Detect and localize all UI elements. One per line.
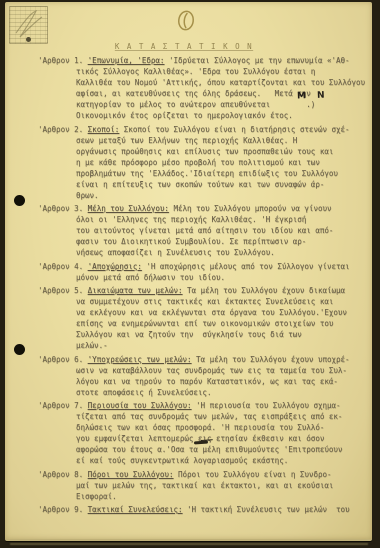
hole-punch-top (14, 195, 25, 206)
rubber-stamp (9, 6, 48, 44)
article-label: 'Αρθρον 2. (38, 125, 88, 134)
page-number-mark (175, 8, 198, 33)
ink-annotation: Μ Ν (297, 90, 329, 101)
article-heading: Σκοποί: (88, 125, 120, 134)
article: 'Αρθρον 7. Περιουσία του Συλλόγου: 'Η πε… (38, 400, 370, 466)
article-label: 'Αρθρον 8. (38, 470, 88, 479)
article-label: 'Αρθρον 1. (38, 56, 88, 65)
article-text: Σκοποί του Συλλόγου είναι η διατήρησις σ… (76, 125, 350, 200)
article: 'Αρθρον 2. Σκοποί: Σκοποί του Συλλόγου ε… (38, 124, 370, 201)
article: 'Αρθρον 4. 'Αποχώρησις: 'Η αποχώρησις μέ… (38, 261, 370, 283)
document-title: Κ Α Τ Α Σ Τ Α Τ Ι Κ Ο Ν (0, 42, 374, 51)
article-label: 'Αρθρον 3. (38, 204, 88, 213)
article-heading: Τακτικαί Συνελεύσεις: (88, 505, 183, 514)
article: 'Αρθρον 8. Πόροι του Συλλόγου: Πόροι του… (38, 469, 370, 502)
article-text: 'Η περιουσία του Συλλόγου σχημα- τίζεται… (76, 401, 342, 465)
hole-punch-bottom (14, 344, 25, 355)
article-heading: 'Επωνυμία, 'Εδρα: (88, 56, 165, 65)
paper-edge-shadow (10, 543, 368, 545)
article-label: 'Αρθρον 4. (38, 262, 88, 271)
article-heading: Πόροι του Συλλόγου: (88, 470, 174, 479)
article-heading: 'Αποχώρησις: (88, 262, 142, 271)
article-text: Τα μέλη του Συλλόγου έχουν δικαίωμα να σ… (76, 286, 347, 350)
article: 'Αρθρον 3. Μέλη του Συλλόγου: Μέλη του Σ… (38, 203, 370, 258)
article-heading: 'Υποχρεώσεις των μελών: (88, 355, 192, 364)
article-heading: Μέλη του Συλλόγου: (88, 204, 169, 213)
article-heading: Δικαιώματα των μελών: (88, 286, 183, 295)
article-label: 'Αρθρον 9. (38, 505, 88, 514)
article: 'Αρθρον 6. 'Υποχρεώσεις των μελών: Τα μέ… (38, 354, 370, 398)
article: 'Αρθρον 9. Τακτικαί Συνελεύσεις: 'Η τακτ… (38, 504, 370, 515)
article-label: 'Αρθρον 6. (38, 355, 88, 364)
article: 'Αρθρον 5. Δικαιώματα των μελών: Τα μέλη… (38, 285, 370, 351)
article-label: 'Αρθρον 5. (38, 286, 88, 295)
article-text: 'Ιδρύεται Σύλλογος με την επωνυμία «'Αθ-… (76, 56, 365, 120)
article-label: 'Αρθρον 7. (38, 401, 88, 410)
article: 'Αρθρον 1. 'Επωνυμία, 'Εδρα: 'Ιδρύεται Σ… (38, 55, 370, 121)
circled-number-icon (175, 8, 198, 33)
scanned-document-screenshot: { "document": { "page_mark": "1", "title… (0, 0, 380, 548)
article-heading: Περιουσία του Συλλόγου: (88, 401, 192, 410)
article-text: 'Η τακτική Συνέλευσις των μελών του (183, 505, 350, 514)
document-body: 'Αρθρον 1. 'Επωνυμία, 'Εδρα: 'Ιδρύεται Σ… (38, 55, 370, 518)
